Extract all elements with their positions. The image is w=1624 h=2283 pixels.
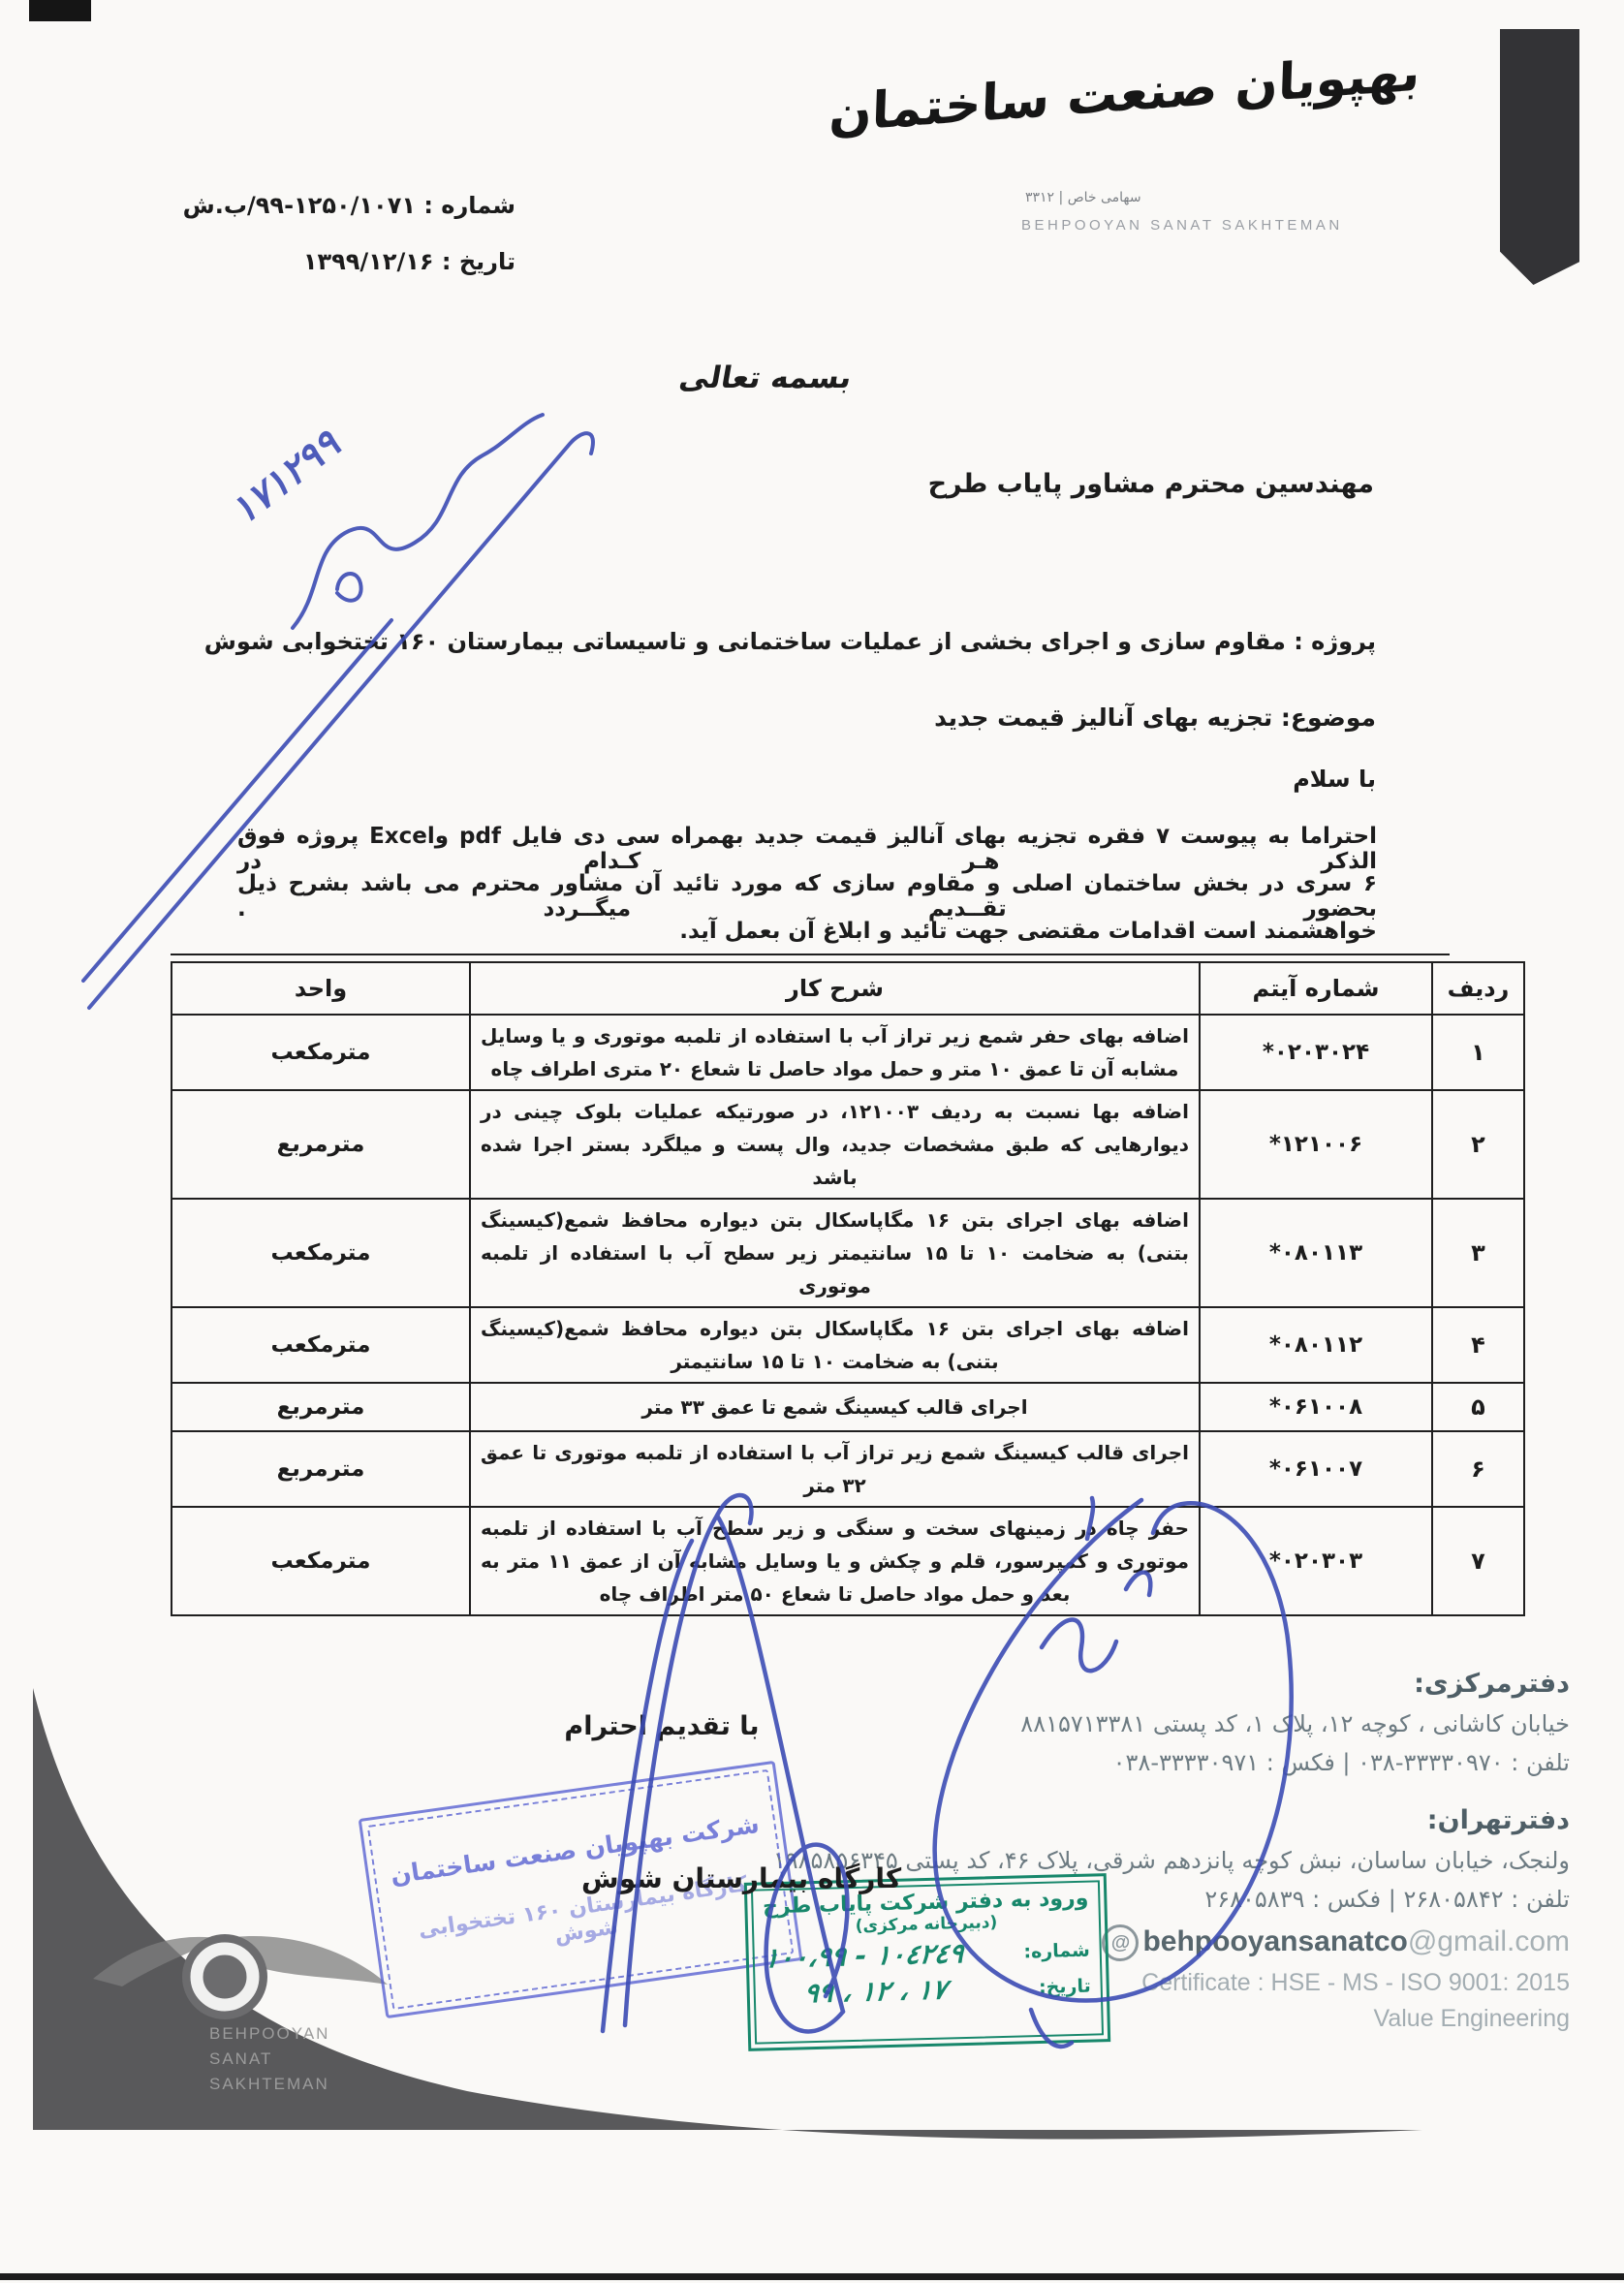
entry-stamp-date-value: ۹۹ ، ۱۲ ، ۱۷ <box>802 1973 949 2009</box>
central-office-address: خیابان کاشانی ، کوچه ۱۲، پلاک ۱، کد پستی… <box>698 1710 1570 1737</box>
company-name-latin: BEHPOOYAN SANAT SAKHTEMAN <box>1021 217 1343 234</box>
payab-tarh-entry-stamp: ورود به دفتر شرکت پایاب طرح (دبیرخانه مر… <box>744 1873 1110 2051</box>
item-number-cell: *۰۶۱۰۰۸ <box>1200 1383 1432 1431</box>
row-index-cell: ۴ <box>1432 1307 1524 1383</box>
table-row: ۶ *۰۶۱۰۰۷ اجرای قالب کیسینگ شمع زیر تراز… <box>172 1431 1524 1507</box>
scanned-letter-page: بهپویان صنعت ساختمان سهامی خاص | ۳۳۱۲ BE… <box>0 0 1624 2283</box>
work-description-cell: اجرای قالب کیسینگ شمع زیر تراز آب با است… <box>470 1431 1200 1507</box>
besmele-heading: بسمه تعالی <box>608 360 923 395</box>
unit-cell: مترمربع <box>172 1383 470 1431</box>
item-number-cell: *۱۲۱۰۰۶ <box>1200 1090 1432 1199</box>
central-office-label: دفترمرکزی: <box>698 1669 1570 1699</box>
scan-artifact-top-left <box>29 0 91 21</box>
recipient-line: مهندسین محترم مشاور پایاب طرح <box>928 469 1374 499</box>
header-work-description: شرح کار <box>470 962 1200 1015</box>
company-subtitle: سهامی خاص | ۳۳۱۲ <box>1025 190 1141 205</box>
subject-line: موضوع: تجزیه بهای آنالیز قیمت جدید <box>934 704 1376 732</box>
letter-meta-block: شماره : ۱۲۵۰/۱۰۷۱-۹۹/ب.ش تاریخ : ۱۳۹۹/۱۲… <box>225 192 515 304</box>
item-number-cell: *۰۸۰۱۱۳ <box>1200 1199 1432 1307</box>
unit-cell: مترمکعب <box>172 1015 470 1090</box>
work-description-cell: اضافه بهای اجرای بتن ۱۶ مگاپاسکال بتن دی… <box>470 1307 1200 1383</box>
table-row: ۲ *۱۲۱۰۰۶ اضافه بها نسبت به ردیف ۱۲۱۰۰۳،… <box>172 1090 1524 1199</box>
email-user: behpooyansanatco <box>1142 1925 1407 1957</box>
letter-number: شماره : ۱۲۵۰/۱۰۷۱-۹۹/ب.ش <box>225 192 515 219</box>
unit-cell: مترمکعب <box>172 1199 470 1307</box>
table-header-row: ردیف شماره آیتم شرح کار واحد <box>172 962 1524 1015</box>
item-number-cell: *۰۲۰۳۰۳ <box>1200 1507 1432 1615</box>
row-index-cell: ۳ <box>1432 1199 1524 1307</box>
row-index-cell: ۶ <box>1432 1431 1524 1507</box>
item-number-cell: *۰۶۱۰۰۷ <box>1200 1431 1432 1507</box>
header-item-number: شماره آیتم <box>1200 962 1432 1015</box>
unit-cell: مترمربع <box>172 1431 470 1507</box>
entry-stamp-number-value: ۱۰۰،۹۹ - ۱۰٤۲٤۹ <box>763 1937 965 1974</box>
price-analysis-table: ردیف شماره آیتم شرح کار واحد ۱ *۰۲۰۳۰۲۴ … <box>171 961 1525 1616</box>
table-row: ۵ *۰۶۱۰۰۸ اجرای قالب کیسینگ شمع تا عمق ۳… <box>172 1383 1524 1431</box>
project-line: پروژه : مقاوم سازی و اجرای بخشی از عملیا… <box>204 628 1376 655</box>
row-index-cell: ۱ <box>1432 1015 1524 1090</box>
scan-artifact-bottom-edge <box>0 2273 1624 2280</box>
header-unit: واحد <box>172 962 470 1015</box>
row-index-cell: ۲ <box>1432 1090 1524 1199</box>
row-index-cell: ۵ <box>1432 1383 1524 1431</box>
item-number-cell: *۰۸۰۱۱۲ <box>1200 1307 1432 1383</box>
unit-cell: مترمکعب <box>172 1307 470 1383</box>
work-description-cell: اضافه بهای حفر شمع زیر تراز آب با استفاد… <box>470 1015 1200 1090</box>
tehran-office-label: دفترتهران: <box>698 1805 1570 1835</box>
salutation: با سلام <box>1293 766 1376 793</box>
entry-stamp-number-label: شماره: <box>1023 1939 1090 1962</box>
body-line-1: احتراما به پیوست ۷ فقره تجزیه بهای آنالی… <box>237 824 1377 874</box>
table-row: ۴ *۰۸۰۱۱۲ اضافه بهای اجرای بتن ۱۶ مگاپاس… <box>172 1307 1524 1383</box>
row-index-cell: ۷ <box>1432 1507 1524 1615</box>
unit-cell: مترمکعب <box>172 1507 470 1615</box>
table-row: ۷ *۰۲۰۳۰۳ حفر چاه در زمینهای سخت و سنگی … <box>172 1507 1524 1615</box>
email-domain: @gmail.com <box>1408 1925 1570 1957</box>
body-line-2: ۶ سری در بخش ساختمان اصلی و مقاوم سازی ک… <box>237 871 1377 922</box>
watermark-company-name: BEHPOOYAN SANAT SAKHTEMAN <box>209 2021 329 2097</box>
item-number-cell: *۰۲۰۳۰۲۴ <box>1200 1015 1432 1090</box>
entry-stamp-date-label: تاریخ: <box>1039 1975 1091 1997</box>
table-row: ۳ *۰۸۰۱۱۳ اضافه بهای اجرای بتن ۱۶ مگاپاس… <box>172 1199 1524 1307</box>
letter-date: تاریخ : ۱۳۹۹/۱۲/۱۶ <box>225 248 515 275</box>
work-description-cell: اجرای قالب کیسینگ شمع تا عمق ۳۳ متر <box>470 1383 1200 1431</box>
central-office-phone: تلفن : ۳۳۳۳۰۹۷۰-۰۳۸ | فکس : ۳۳۳۳۰۹۷۱-۰۳۸ <box>698 1749 1570 1776</box>
table-top-rule <box>171 954 1450 955</box>
body-line-3: خواهشمند است اقدامات مقتضی جهت تائید و ا… <box>237 919 1377 944</box>
work-description-cell: اضافه بها نسبت به ردیف ۱۲۱۰۰۳، در صورتیک… <box>470 1090 1200 1199</box>
header-row-index: ردیف <box>1432 962 1524 1015</box>
letterhead-black-bar <box>1500 29 1579 285</box>
table-row: ۱ *۰۲۰۳۰۲۴ اضافه بهای حفر شمع زیر تراز آ… <box>172 1015 1524 1090</box>
work-description-cell: اضافه بهای اجرای بتن ۱۶ مگاپاسکال بتن دی… <box>470 1199 1200 1307</box>
unit-cell: مترمربع <box>172 1090 470 1199</box>
work-description-cell: حفر چاه در زمینهای سخت و سنگی و زیر سطح … <box>470 1507 1200 1615</box>
site-name-text: کارگاه بیمارستان شوش <box>581 1862 901 1894</box>
